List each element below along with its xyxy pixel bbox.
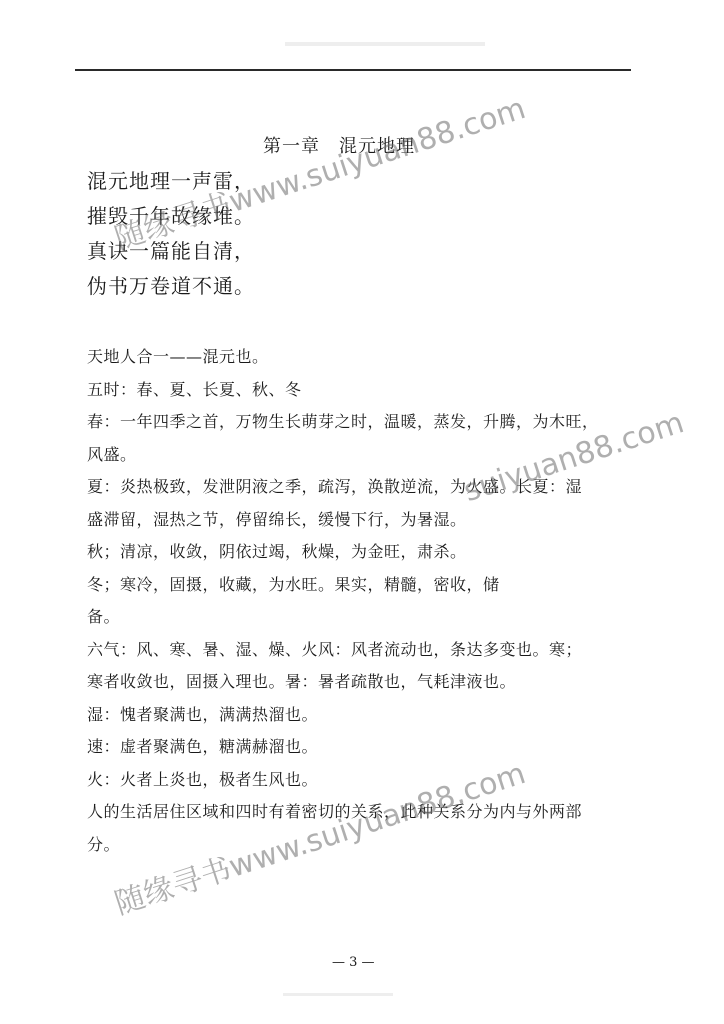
paragraph-line: 盛滞留，湿热之节，停留绵长，缓慢下行，为暑湿。 (87, 504, 647, 537)
page-number: — 3 — (332, 955, 375, 970)
paragraph-line: 冬；寒冷，固摄，收藏，为水旺。果实，精髓，密收，储 (87, 569, 647, 602)
body-text: 天地人合一——混元也。 五时：春、夏、长夏、秋、冬 春：一年四季之首，万物生长萌… (87, 341, 647, 861)
paragraph-line: 风盛。 (87, 439, 647, 472)
paragraph-line: 湿：愧者聚满也，满满热溜也。 (87, 699, 647, 732)
poem-line: 摧毁千年故缘堆。 (87, 199, 255, 234)
paragraph-line: 寒者收敛也，固摄入理也。暑：暑者疏散也，气耗津液也。 (87, 666, 647, 699)
paragraph-line: 春：一年四季之首，万物生长萌芽之时，温暖，蒸发，升腾，为木旺， (87, 406, 647, 439)
header-rule (75, 69, 631, 71)
footer-faint-text (283, 993, 393, 996)
paragraph-line: 五时：春、夏、长夏、秋、冬 (87, 374, 647, 407)
paragraph-line: 夏：炎热极致，发泄阴液之季，疏泻，涣散逆流，为火盛。长夏：湿 (87, 471, 647, 504)
header-faint-text (285, 42, 485, 46)
paragraph-line: 备。 (87, 601, 647, 634)
poem: 混元地理一声雷， 摧毁千年故缘堆。 真诀一篇能自清， 伪书万卷道不通。 (87, 164, 255, 304)
paragraph-line: 速：虚者聚满色，糖满赫溜也。 (87, 731, 647, 764)
poem-line: 混元地理一声雷， (87, 164, 255, 199)
paragraph-line: 分。 (87, 829, 647, 862)
chapter-title: 第一章 混元地理 (263, 132, 415, 158)
paragraph-line: 人的生活居住区域和四时有着密切的关系，此种关系分为内与外两部 (87, 796, 647, 829)
poem-line: 伪书万卷道不通。 (87, 269, 255, 304)
paragraph-line: 火：火者上炎也，极者生风也。 (87, 764, 647, 797)
paragraph-line: 六气：风、寒、暑、湿、燥、火风：风者流动也，条达多变也。寒； (87, 634, 647, 667)
paragraph-line: 天地人合一——混元也。 (87, 341, 647, 374)
paragraph-line: 秋；清凉，收敛，阴依过竭，秋燥，为金旺，肃杀。 (87, 536, 647, 569)
poem-line: 真诀一篇能自清， (87, 234, 255, 269)
